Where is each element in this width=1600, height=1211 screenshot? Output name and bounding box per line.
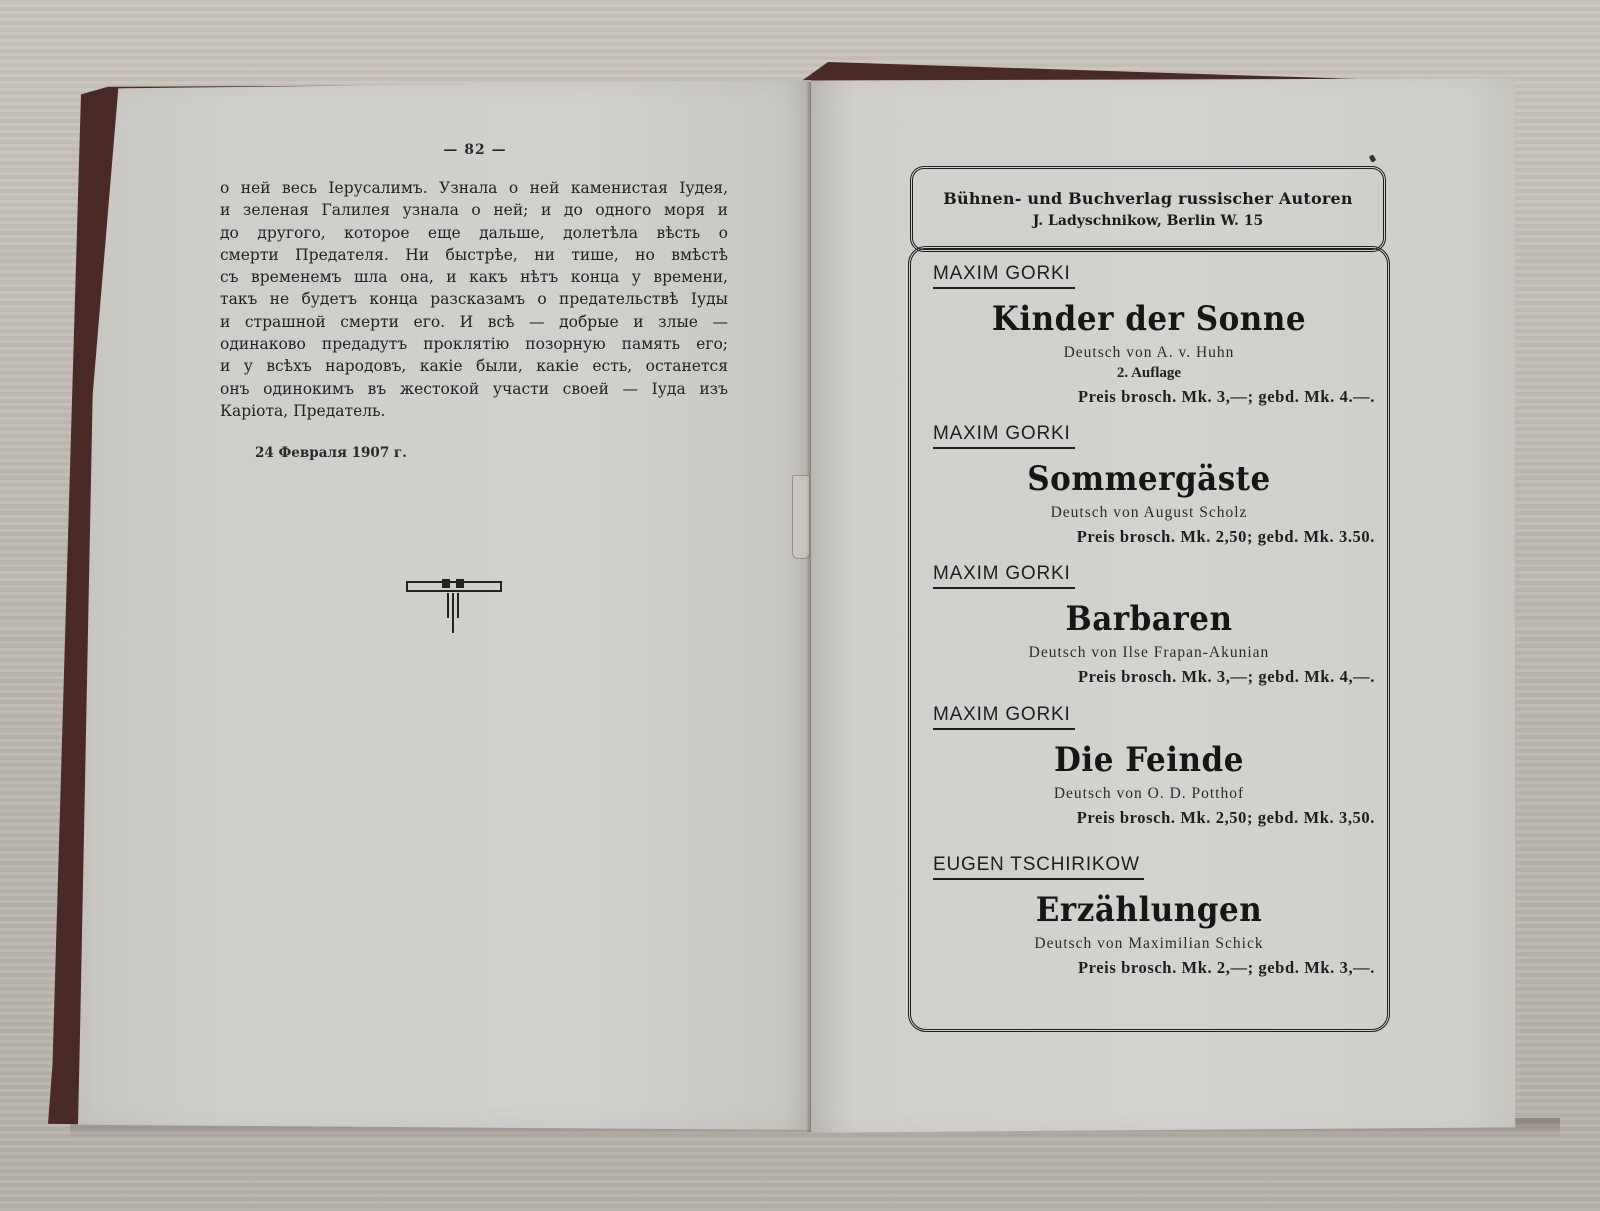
translator: Deutsch von August Scholz	[911, 504, 1387, 522]
translator: Deutsch von Maximilian Schick	[911, 935, 1387, 953]
edition: 2. Auflage	[911, 365, 1387, 382]
text-line: такъ не будетъ конца разсказамъ о предат…	[220, 288, 728, 310]
price: Preis brosch. Mk. 3,—; gebd. Mk. 4,—.	[1078, 667, 1375, 687]
author-name: MAXIM GORKI	[933, 704, 1075, 730]
translator: Deutsch von A. v. Huhn	[911, 344, 1387, 362]
publisher-address: J. Ladyschnikow, Berlin W. 15	[913, 213, 1383, 229]
page-number: — 82 —	[420, 142, 530, 158]
author-name: EUGEN TSCHIRIKOW	[933, 854, 1144, 880]
text-line: онъ одинокимъ въ жестокой участи своей —…	[220, 378, 728, 400]
price: Preis brosch. Mk. 2,50; gebd. Mk. 3.50.	[1077, 527, 1375, 547]
book-list-box: MAXIM GORKI Kinder der Sonne Deutsch von…	[908, 246, 1390, 1032]
book-title: Die Feinde	[911, 741, 1387, 780]
text-line: Каріота, Предатель.	[220, 400, 728, 422]
book-title: Barbaren	[911, 600, 1387, 639]
book-title: Kinder der Sonne	[911, 300, 1387, 339]
text-line: и страшной смерти его. И всѣ — добрые и …	[220, 311, 728, 333]
end-ornament-icon	[405, 578, 505, 633]
text-line: и у всѣхъ народовъ, какіе были, какіе ес…	[220, 355, 728, 377]
book-title: Erzählungen	[911, 891, 1387, 930]
text-line: съ временемъ шла она, и какъ нѣтъ конца …	[220, 266, 728, 288]
book-title: Sommergäste	[911, 460, 1387, 499]
publisher-name: Bühnen- und Buchverlag russischer Autore…	[913, 189, 1383, 208]
date-line: 24 Февраля 1907 г.	[255, 445, 407, 461]
story-paragraph: о ней весь Іерусалимъ. Узнала о ней каме…	[220, 177, 728, 422]
author-name: MAXIM GORKI	[933, 423, 1075, 449]
text-line: и зеленая Галилея узнала о ней; и до одн…	[220, 199, 728, 221]
price: Preis brosch. Mk. 3,—; gebd. Mk. 4.—.	[1078, 387, 1375, 407]
text-line: до другого, которое еще дальше, долетѣла…	[220, 222, 728, 244]
price: Preis brosch. Mk. 2,—; gebd. Mk. 3,—.	[1078, 958, 1375, 978]
text-line: одинаково предадутъ проклятію позорную п…	[220, 333, 728, 355]
author-name: MAXIM GORKI	[933, 563, 1075, 589]
text-line: о ней весь Іерусалимъ. Узнала о ней каме…	[220, 177, 728, 199]
author-name: MAXIM GORKI	[933, 263, 1075, 289]
publisher-box: Bühnen- und Buchverlag russischer Autore…	[910, 166, 1386, 252]
price: Preis brosch. Mk. 2,50; gebd. Mk. 3,50.	[1077, 808, 1375, 828]
translator: Deutsch von Ilse Frapan-Akunian	[911, 644, 1387, 662]
translator: Deutsch von O. D. Potthof	[911, 785, 1387, 803]
text-line: смерти Предателя. Ни быстрѣе, ни тише, н…	[220, 244, 728, 266]
torn-binding	[792, 475, 810, 559]
